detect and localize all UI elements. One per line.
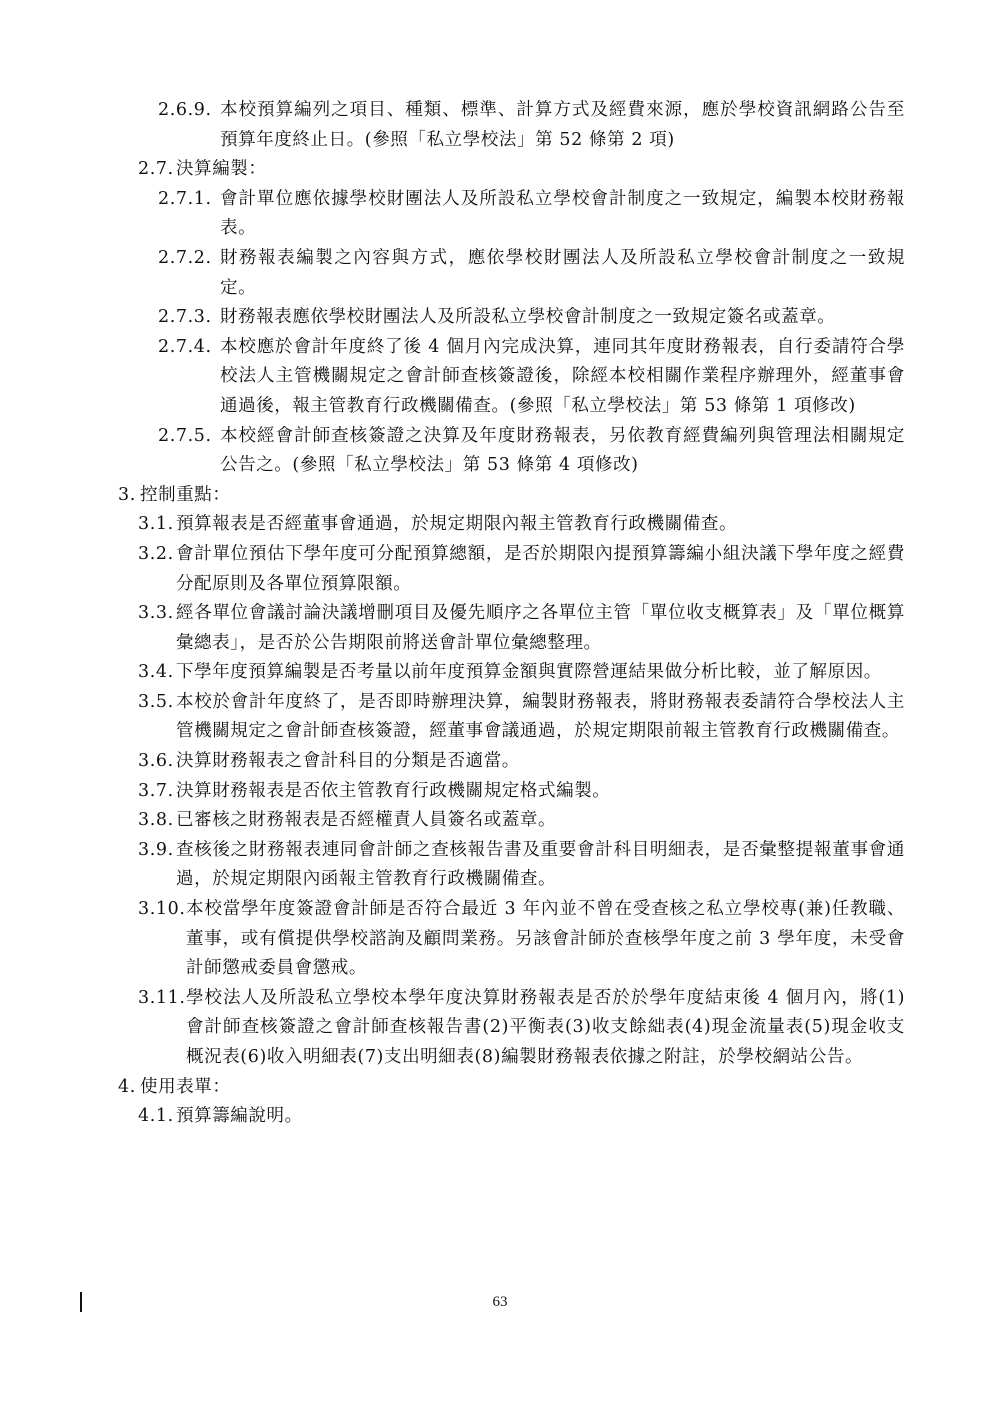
clause-number: 3.5. bbox=[138, 688, 174, 718]
clause-number: 2.7.2. bbox=[158, 244, 212, 274]
control-point-3-5: 3.5. 本校於會計年度終了，是否即時辦理決算，編製財務報表，將財務報表委請符合… bbox=[138, 688, 905, 747]
control-point-3-1: 3.1. 預算報表是否經董事會通過，於規定期限內報主管教育行政機關備查。 bbox=[138, 510, 905, 540]
clause-2-7-5: 2.7.5. 本校經會計師查核簽證之決算及年度財務報表，另依教育經費編列與管理法… bbox=[158, 422, 905, 481]
control-point-3-2: 3.2. 會計單位預估下學年度可分配預算總額，是否於期限內提預算籌編小組決議下學… bbox=[138, 540, 905, 599]
control-point-3-7: 3.7. 決算財務報表是否依主管教育行政機關規定格式編製。 bbox=[138, 777, 905, 807]
section-title: 控制重點： bbox=[118, 481, 905, 511]
clause-number: 3.4. bbox=[138, 658, 174, 688]
clause-text: 已審核之財務報表是否經權責人員簽名或蓋章。 bbox=[138, 806, 905, 836]
section-4-heading: 4. 使用表單： bbox=[118, 1073, 905, 1103]
clause-text: 財務報表應依學校財團法人及所設私立學校會計制度之一致規定簽名或蓋章。 bbox=[158, 303, 905, 333]
control-point-3-3: 3.3. 經各單位會議討論決議增刪項目及優先順序之各單位主管「單位收支概算表」及… bbox=[138, 599, 905, 658]
document-body: 2.6.9. 本校預算編列之項目、種類、標準、計算方式及經費來源，應於學校資訊網… bbox=[0, 96, 1000, 1132]
control-point-3-6: 3.6. 決算財務報表之會計科目的分類是否適當。 bbox=[138, 747, 905, 777]
clause-text: 本校應於會計年度終了後 4 個月內完成決算，連同其年度財務報表，自行委請符合學校… bbox=[158, 333, 905, 422]
clause-number: 2.7.5. bbox=[158, 422, 212, 452]
clause-number: 3.11. bbox=[138, 984, 186, 1014]
clause-text: 查核後之財務報表連同會計師之查核報告書及重要會計科目明細表，是否彙整提報董事會通… bbox=[138, 836, 905, 895]
clause-number: 2.7.1. bbox=[158, 185, 212, 215]
form-4-1: 4.1. 預算籌編說明。 bbox=[138, 1102, 905, 1132]
clause-number: 4.1. bbox=[138, 1102, 174, 1132]
clause-number: 3.1. bbox=[138, 510, 174, 540]
control-point-3-8: 3.8. 已審核之財務報表是否經權責人員簽名或蓋章。 bbox=[138, 806, 905, 836]
document-page: 2.6.9. 本校預算編列之項目、種類、標準、計算方式及經費來源，應於學校資訊網… bbox=[0, 0, 1000, 1415]
section-3-heading: 3. 控制重點： bbox=[118, 481, 905, 511]
section-2-7-heading: 2.7. 決算編製： bbox=[138, 155, 905, 185]
control-point-3-9: 3.9. 查核後之財務報表連同會計師之查核報告書及重要會計科目明細表，是否彙整提… bbox=[138, 836, 905, 895]
clause-number: 3.9. bbox=[138, 836, 174, 866]
clause-text: 本校預算編列之項目、種類、標準、計算方式及經費來源，應於學校資訊網路公告至預算年… bbox=[158, 96, 905, 155]
clause-number: 2.7.4. bbox=[158, 333, 212, 363]
clause-2-7-3: 2.7.3. 財務報表應依學校財團法人及所設私立學校會計制度之一致規定簽名或蓋章… bbox=[158, 303, 905, 333]
clause-text: 預算籌編說明。 bbox=[138, 1102, 905, 1132]
clause-text: 本校當學年度簽證會計師是否符合最近 3 年內並不曾在受查核之私立學校專(兼)任教… bbox=[138, 895, 905, 984]
clause-text: 會計單位預估下學年度可分配預算總額，是否於期限內提預算籌編小組決議下學年度之經費… bbox=[138, 540, 905, 599]
section-title: 決算編製： bbox=[138, 155, 905, 185]
clause-text: 下學年度預算編製是否考量以前年度預算金額與實際營運結果做分析比較，並了解原因。 bbox=[138, 658, 905, 688]
clause-text: 本校於會計年度終了，是否即時辦理決算，編製財務報表，將財務報表委請符合學校法人主… bbox=[138, 688, 905, 747]
control-point-3-10: 3.10. 本校當學年度簽證會計師是否符合最近 3 年內並不曾在受查核之私立學校… bbox=[138, 895, 905, 984]
clause-text: 決算財務報表是否依主管教育行政機關規定格式編製。 bbox=[138, 777, 905, 807]
clause-text: 經各單位會議討論決議增刪項目及優先順序之各單位主管「單位收支概算表」及「單位概算… bbox=[138, 599, 905, 658]
clause-number: 3.2. bbox=[138, 540, 174, 570]
control-point-3-11: 3.11. 學校法人及所設私立學校本學年度決算財務報表是否於於學年度結束後 4 … bbox=[138, 984, 905, 1073]
clause-text: 本校經會計師查核簽證之決算及年度財務報表，另依教育經費編列與管理法相關規定公告之… bbox=[158, 422, 905, 481]
clause-2-7-2: 2.7.2. 財務報表編製之內容與方式，應依學校財團法人及所設私立學校會計制度之… bbox=[158, 244, 905, 303]
clause-text: 預算報表是否經董事會通過，於規定期限內報主管教育行政機關備查。 bbox=[138, 510, 905, 540]
clause-number: 3.10. bbox=[138, 895, 186, 925]
clause-number: 3.7. bbox=[138, 777, 174, 807]
page-number: 63 bbox=[0, 1292, 1000, 1312]
section-title: 使用表單： bbox=[118, 1073, 905, 1103]
clause-text: 學校法人及所設私立學校本學年度決算財務報表是否於於學年度結束後 4 個月內，將(… bbox=[138, 984, 905, 1073]
clause-2-6-9: 2.6.9. 本校預算編列之項目、種類、標準、計算方式及經費來源，應於學校資訊網… bbox=[158, 96, 905, 155]
clause-2-7-1: 2.7.1. 會計單位應依據學校財團法人及所設私立學校會計制度之一致規定，編製本… bbox=[158, 185, 905, 244]
section-number: 4. bbox=[118, 1073, 136, 1103]
clause-number: 3.6. bbox=[138, 747, 174, 777]
clause-2-7-4: 2.7.4. 本校應於會計年度終了後 4 個月內完成決算，連同其年度財務報表，自… bbox=[158, 333, 905, 422]
clause-number: 3.8. bbox=[138, 806, 174, 836]
clause-text: 決算財務報表之會計科目的分類是否適當。 bbox=[138, 747, 905, 777]
clause-text: 財務報表編製之內容與方式，應依學校財團法人及所設私立學校會計制度之一致規定。 bbox=[158, 244, 905, 303]
clause-text: 會計單位應依據學校財團法人及所設私立學校會計制度之一致規定，編製本校財務報表。 bbox=[158, 185, 905, 244]
clause-number: 2.7.3. bbox=[158, 303, 212, 333]
clause-number: 3.3. bbox=[138, 599, 174, 629]
control-point-3-4: 3.4. 下學年度預算編製是否考量以前年度預算金額與實際營運結果做分析比較，並了… bbox=[138, 658, 905, 688]
clause-number: 2.6.9. bbox=[158, 96, 212, 126]
section-number: 2.7. bbox=[138, 155, 174, 185]
section-number: 3. bbox=[118, 481, 136, 511]
